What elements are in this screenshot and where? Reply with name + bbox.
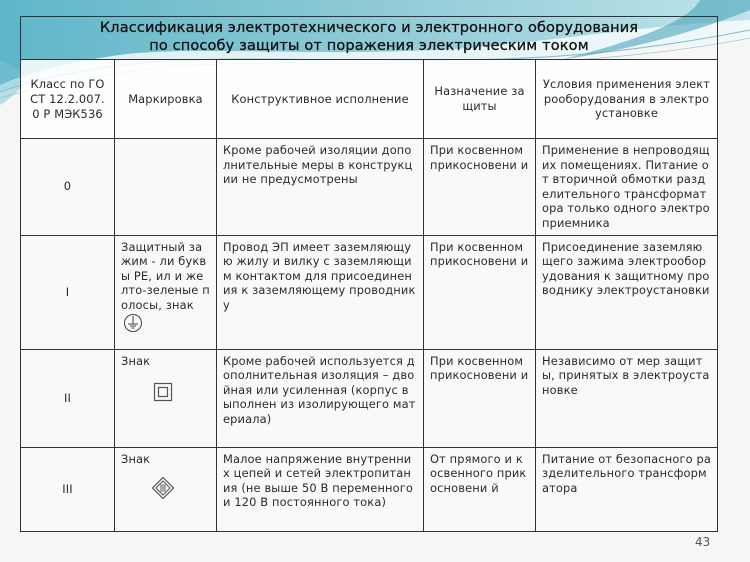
table-row: I Защитный зажим - ли буквы РЕ, ил и жел… — [21, 235, 718, 349]
table-row: III Знак Малое напряжение внутренних цеп… — [21, 447, 718, 531]
page-number: 43 — [695, 535, 710, 549]
class-cell: 0 — [21, 139, 115, 236]
classification-table: Классификация электротехнического и элек… — [20, 16, 718, 532]
title-line-1: Классификация электротехнического и элек… — [27, 19, 711, 37]
title-line-2: по способу защиты от поражения электриче… — [27, 37, 711, 55]
design-cell: Кроме рабочей используется дополнительна… — [217, 349, 424, 447]
marking-cell: Защитный зажим - ли буквы РЕ, ил и желто… — [115, 235, 217, 349]
table-title: Классификация электротехнического и элек… — [21, 17, 718, 60]
table-row: II Знак Кроме рабочей используется допол… — [21, 349, 718, 447]
marking-cell: Знак — [115, 349, 217, 447]
conditions-cell: Применение в непроводящих помещениях. Пи… — [536, 139, 718, 236]
class-cell: II — [21, 349, 115, 447]
marking-cell: Знак — [115, 447, 217, 531]
marking-text: Защитный зажим - ли буквы РЕ, ил и желто… — [121, 240, 210, 312]
class-iii-safety-extra-low-voltage-icon — [151, 476, 175, 500]
purpose-cell: При косвенном прикосновени и — [424, 139, 536, 236]
title-row: Классификация электротехнического и элек… — [21, 17, 718, 60]
design-cell: Кроме рабочей изоляции дополнительные ме… — [217, 139, 424, 236]
class-cell: I — [21, 235, 115, 349]
double-insulation-icon — [153, 382, 173, 402]
table-row: 0 Кроме рабочей изоляции дополнительные … — [21, 139, 718, 236]
conditions-cell: Присоединение заземляющего зажима электр… — [536, 235, 718, 349]
marking-cell — [115, 139, 217, 236]
purpose-cell: При косвенном прикосновени и — [424, 235, 536, 349]
header-conditions: Условия применения электрооборудования в… — [536, 60, 718, 139]
purpose-cell: От прямого и косвенного прикосновени й — [424, 447, 536, 531]
class-cell: III — [21, 447, 115, 531]
design-cell: Малое напряжение внутренних цепей и сете… — [217, 447, 424, 531]
header-class: Класс по ГОСТ 12.2.007.0 Р МЭК536 — [21, 60, 115, 139]
header-marking: Маркировка — [115, 60, 217, 139]
marking-text: Знак — [121, 354, 150, 368]
conditions-cell: Независимо от мер защиты, принятых в эле… — [536, 349, 718, 447]
header-row: Класс по ГОСТ 12.2.007.0 Р МЭК536 Маркир… — [21, 60, 718, 139]
design-cell: Провод ЭП имеет заземляющую жилу и вилку… — [217, 235, 424, 349]
marking-text: Знак — [121, 452, 150, 466]
conditions-cell: Питание от безопасного разделительного т… — [536, 447, 718, 531]
header-design: Конструктивное исполнение — [217, 60, 424, 139]
protective-earth-icon — [123, 313, 143, 333]
header-purpose: Назначение защиты — [424, 60, 536, 139]
purpose-cell: При косвенном прикосновени и — [424, 349, 536, 447]
